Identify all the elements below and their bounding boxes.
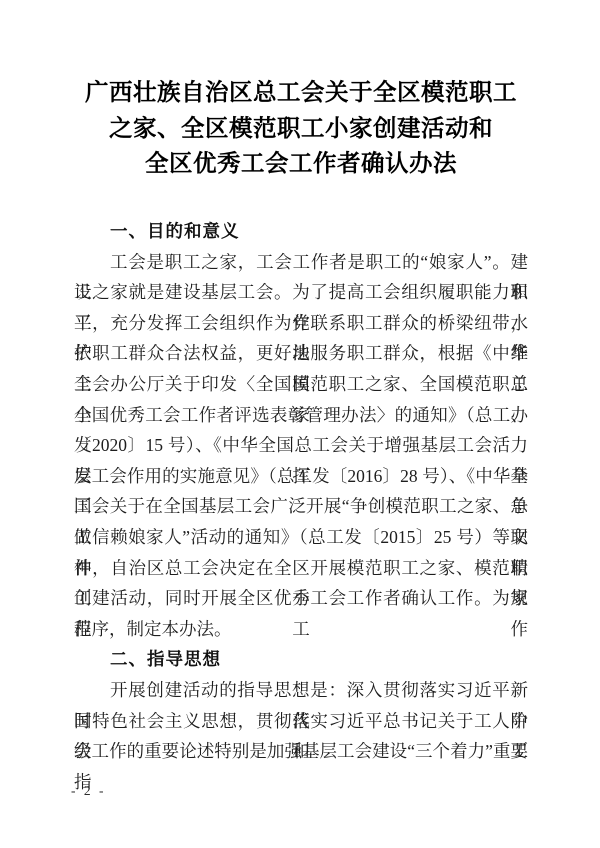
text-line: 工信赖娘家人”活动的通知》（总工发〔2015〕25 号）等文件精 (74, 522, 528, 553)
text-line: 国特色社会主义思想，贯彻落实习近平总书记关于工人阶级和工 (74, 706, 528, 737)
text-line: 创建活动，同时开展全区优秀工会工作者确认工作。为规范工作 (74, 583, 528, 614)
text-line: 工之家就是建设基层工会。为了提高工会组织履职能力和工作水 (74, 277, 528, 308)
text-line: 开展创建活动的指导思想是：深入贯彻落实习近平新时代中 (74, 675, 528, 706)
text-line: 工会关于在全国基层工会广泛开展“争创模范职工之家、争做职 (74, 491, 528, 522)
text-line: 神，自治区总工会决定在全区开展模范职工之家、模范职工小家 (74, 553, 528, 584)
section-heading: 一、目的和意义 (74, 216, 528, 247)
document-body: 一、目的和意义工会是职工之家，工会工作者是职工的“娘家人”。建设职工之家就是建设… (74, 216, 528, 767)
text-line: 平，充分发挥工会组织作为党联系职工群众的桥梁纽带，依法维 (74, 308, 528, 339)
page-number: - 2 - (71, 783, 106, 799)
title-line: 全区优秀工会工作者确认办法 (60, 147, 542, 183)
text-line: 护职工群众合法权益，更好地服务职工群众，根据《中华全国总 (74, 338, 528, 369)
text-line: 会工作的重要论述特别是加强基层工会建设“三个着力”重要指 (74, 736, 528, 767)
text-line: 工会是职工之家，工会工作者是职工的“娘家人”。建设职 (74, 247, 528, 278)
text-line: 〔2020〕15 号）、《中华全国总工会关于增强基层工会活力发挥基 (74, 430, 528, 461)
document-page: 广西壮族自治区总工会关于全区模范职工之家、全区模范职工小家创建活动和全区优秀工会… (0, 0, 600, 848)
text-line: 全国优秀工会工作者评选表彰管理办法〉的通知》（总工办发 (74, 400, 528, 431)
document-title: 广西壮族自治区总工会关于全区模范职工之家、全区模范职工小家创建活动和全区优秀工会… (60, 76, 542, 183)
title-line: 广西壮族自治区总工会关于全区模范职工 (60, 76, 542, 112)
text-line: 层工会作用的实施意见》（总工发〔2016〕28 号）、《中华全国总 (74, 461, 528, 492)
section-heading: 二、指导思想 (74, 644, 528, 675)
title-line: 之家、全区模范职工小家创建活动和 (60, 112, 542, 148)
text-line: 工会办公厅关于印发〈全国模范职工之家、全国模范职工小家、 (74, 369, 528, 400)
